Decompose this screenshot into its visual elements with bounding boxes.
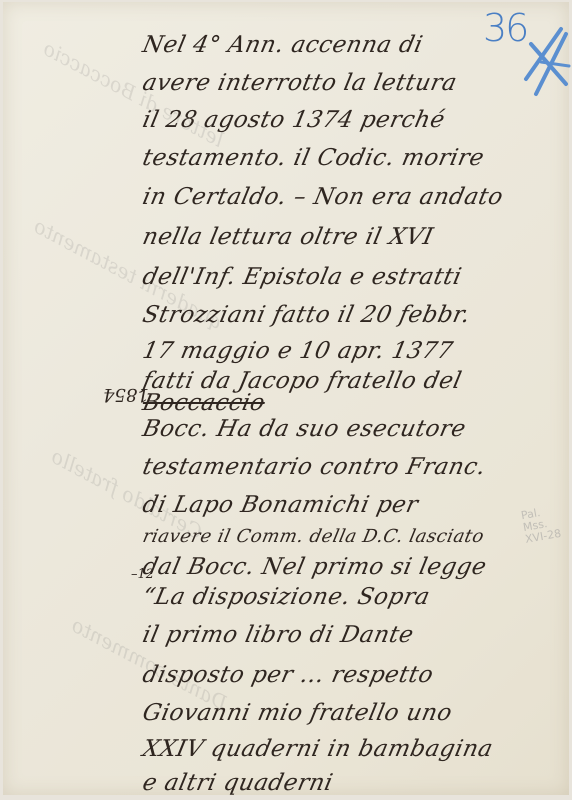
manuscript-line: testamento. il Codic. morire bbox=[140, 145, 486, 171]
manuscript-line: Strozziani fatto il 20 febbr. bbox=[140, 302, 472, 328]
manuscript-line: il 28 agosto 1374 perché bbox=[140, 107, 447, 133]
manuscript-line: riavere il Comm. della D.C. lasciato bbox=[141, 526, 486, 547]
margin-date-note: 1854 bbox=[103, 384, 149, 405]
margin-number-note: –12 bbox=[131, 567, 154, 582]
manuscript-line: Giovanni mio fratello uno bbox=[140, 700, 454, 726]
manuscript-line: in Certaldo. – Non era andato bbox=[140, 184, 505, 210]
manuscript-line: e altri quaderni bbox=[140, 770, 335, 796]
manuscript-line: testamentario contro Franc. bbox=[140, 454, 488, 480]
manuscript-line: disposto per ... respetto bbox=[140, 662, 436, 688]
manuscript-line: “La disposizione. Sopra bbox=[140, 584, 432, 610]
struck-through-line: Boccaccio bbox=[140, 390, 267, 416]
manuscript-line: avere interrotto la lettura bbox=[140, 70, 459, 96]
pencil-archive-note: Pal. Mss. XVI-28 bbox=[520, 504, 562, 546]
manuscript-line: il primo libro di Dante bbox=[140, 622, 416, 648]
manuscript-line: Bocc. Ha da suo esecutore bbox=[140, 416, 468, 442]
manuscript-line: dal Bocc. Nel primo si legge bbox=[140, 554, 489, 580]
manuscript-line: XXIV quaderni in bambagina bbox=[140, 736, 495, 762]
manuscript-line: Nel 4° Ann. accenna di bbox=[140, 32, 425, 58]
manuscript-line: 17 maggio e 10 apr. 1377 bbox=[140, 338, 455, 364]
manuscript-line: dell'Inf. Epistola e estratti bbox=[140, 264, 464, 290]
manuscript-line: nella lettura oltre il XVI bbox=[140, 224, 435, 250]
manuscript-page: lettere di Boccaccio quaderni testamento… bbox=[3, 2, 569, 795]
manuscript-line: di Lapo Bonamichi per bbox=[140, 492, 420, 518]
blue-pencil-cross-mark bbox=[521, 24, 571, 104]
